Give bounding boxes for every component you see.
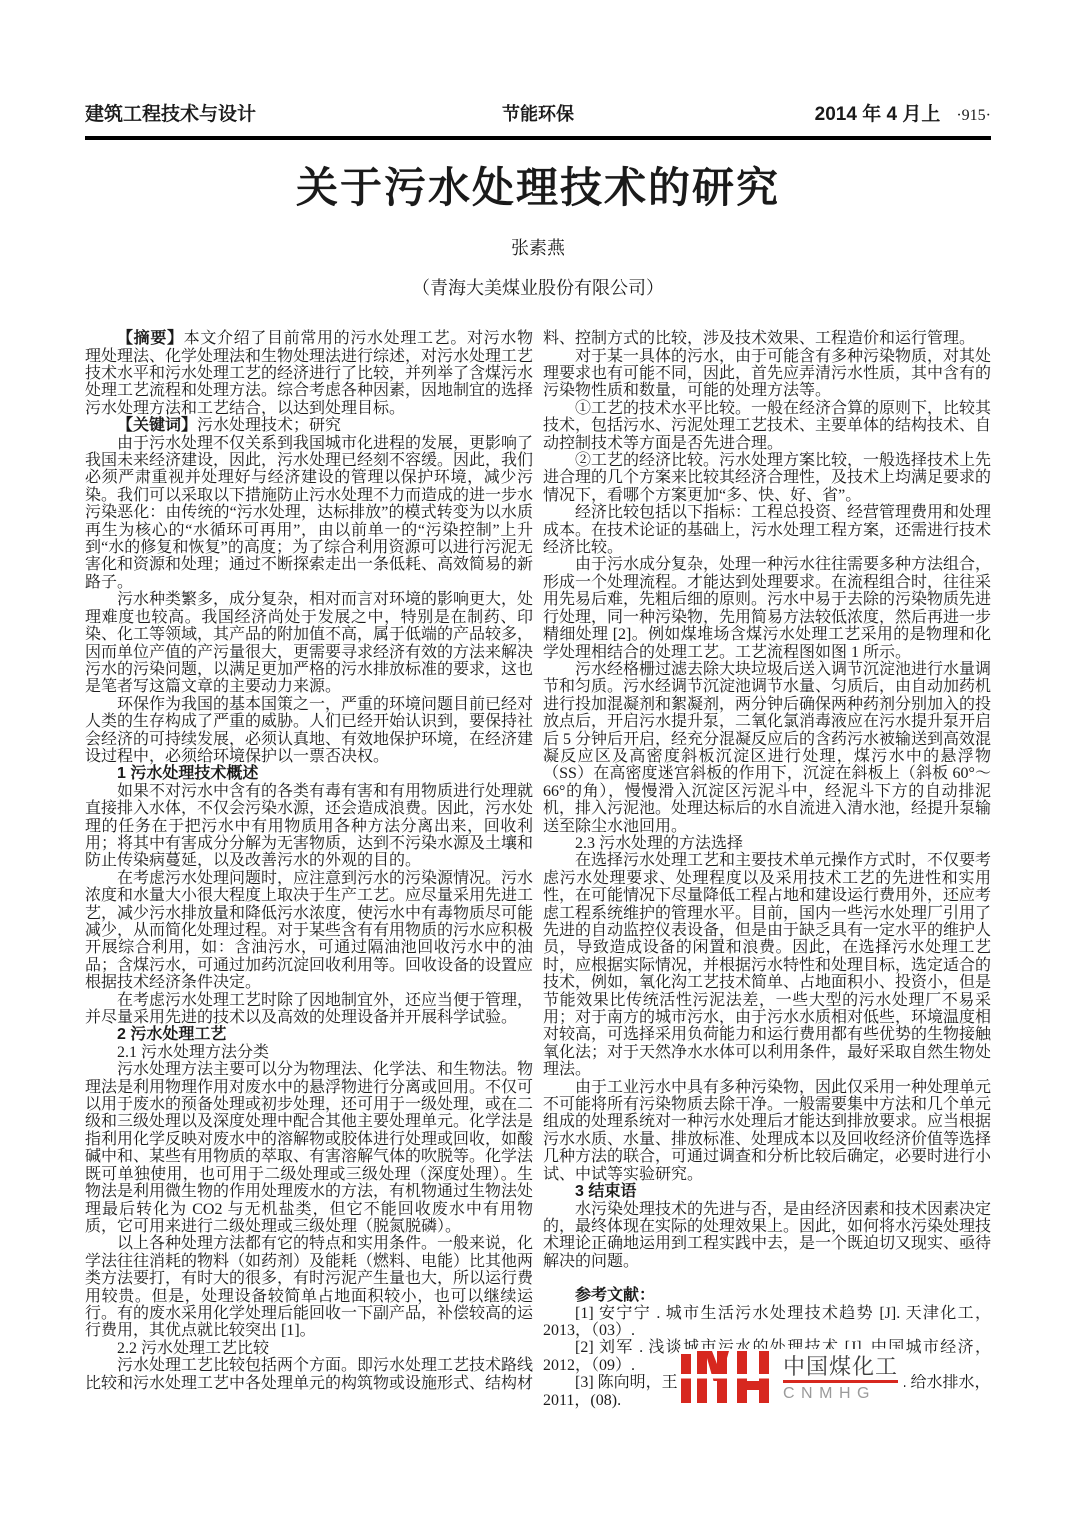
references-heading: 参考文献： (543, 1287, 991, 1304)
article-title: 关于污水处理技术的研究 (85, 166, 991, 212)
section-heading: 3 结束语 (543, 1183, 991, 1200)
paragraph: 对于某一具体的污水，由于可能含有多种污染物质，对其处理要求也有可能不同，因此，首… (543, 348, 991, 400)
right-column: 料、控制方式的比较，涉及技术效果、工程造价和运行管理。对于某一具体的污水，由于可… (543, 330, 991, 1409)
author-affiliation: （青海大美煤业股份有限公司） (85, 274, 991, 300)
paragraph: 污水经格栅过滤去除大块垃圾后送入调节沉淀池进行水量调节和匀质。污水经调节沉淀池调… (543, 661, 991, 835)
page-content: 建筑工程技术与设计 节能环保 2014 年 4 月上 ·915· 关于污水处理技… (85, 0, 991, 1409)
paragraph: 环保作为我国的基本国策之一，严重的环境问题目前已经对人类的生存构成了严重的威胁。… (85, 696, 533, 766)
journal-page: 建筑工程技术与设计 节能环保 2014 年 4 月上 ·915· 关于污水处理技… (0, 0, 1072, 1516)
article-author: 张素燕 (85, 234, 991, 260)
paragraph: 由于工业污水中具有多种污染物，因此仅采用一种处理单元不可能将所有污染物质去除干净… (543, 1079, 991, 1183)
paragraph: 污水处理工艺比较包括两个方面。即污水处理工艺技术路线比较和污水处理工艺中各处理单… (85, 1357, 533, 1392)
reference-text: [3] 陈向明，王 (575, 1374, 678, 1391)
keywords: 【关键词】污水处理技术；研究 (85, 417, 533, 434)
right-paragraphs: 料、控制方式的比较，涉及技术效果、工程造价和运行管理。对于某一具体的污水，由于可… (543, 330, 991, 1270)
watermark-text-block: 中国煤化工 CNMHG (783, 1355, 898, 1403)
references-list: [1] 安宁宁 . 城市生活污水处理技术趋势 [J]. 天津化工，2013，（0… (543, 1305, 991, 1409)
journal-title: 建筑工程技术与设计 (85, 99, 387, 126)
reference-item: [1] 安宁宁 . 城市生活污水处理技术趋势 [J]. 天津化工，2013，（0… (543, 1305, 991, 1340)
issue-date: 2014 年 4 月上 (815, 104, 941, 125)
issue-block: 2014 年 4 月上 ·915· (689, 99, 991, 126)
paragraph: 由于污水处理不仅关系到我国城市化进程的发展，更影响了我国未来经济建设，因此，污水… (85, 435, 533, 592)
paragraph: 污水种类繁多，成分复杂，相对而言对环境的影响更大，处理难度也较高。我国经济尚处于… (85, 591, 533, 695)
paragraph: ①工艺的技术水平比较。一般在经济合算的原则下，比较其技术，包括污水、污泥处理工艺… (543, 400, 991, 452)
section-heading: 1 污水处理技术概述 (85, 765, 533, 782)
publisher-watermark: 中国煤化工 CNMHG (679, 1349, 904, 1411)
two-column-body: 【摘要】本文介绍了目前常用的污水处理工艺。对污水物理处理法、化学处理法和生物处理… (85, 330, 991, 1409)
watermark-name-en: CNMHG (783, 1385, 898, 1403)
subsection-heading: 2.2 污水处理工艺比较 (85, 1340, 533, 1357)
section-heading: 2 污水处理工艺 (85, 1026, 533, 1043)
paragraph: 经济比较包括以下指标：工程总投资、经营管理费用和处理成本。在技术论证的基础上，污… (543, 504, 991, 556)
keywords-label: 【关键词】 (117, 417, 197, 434)
references-section: 参考文献： [1] 安宁宁 . 城市生活污水处理技术趋势 [J]. 天津化工，2… (543, 1287, 991, 1409)
paragraph: 在选择污水处理工艺和主要技术单元操作方式时，不仅要考虑污水处理要求、处理程度以及… (543, 852, 991, 1078)
paragraph: 水污染处理技术的先进与否，是由经济因素和技术因素决定的，最终体现在实际的处理效果… (543, 1201, 991, 1271)
section-label: 节能环保 (387, 100, 689, 126)
subsection-heading: 2.1 污水处理方法分类 (85, 1044, 533, 1061)
left-column: 【摘要】本文介绍了目前常用的污水处理工艺。对污水物理处理法、化学处理法和生物处理… (85, 330, 533, 1409)
watermark-name-cn: 中国煤化工 (783, 1355, 898, 1378)
subsection-heading: 2.3 污水处理的方法选择 (543, 835, 991, 852)
coal-chem-monogram-icon (681, 1351, 771, 1407)
abstract-label: 【摘要】 (117, 330, 184, 347)
watermark-rule (783, 1380, 898, 1383)
paragraph: ②工艺的经济比较。污水处理方案比较，一般选择技术上先进合理的几个方案来比较其经济… (543, 452, 991, 504)
paragraph: 如果不对污水中含有的各类有毒有害和有用物质进行处理就直接排入水体，不仅会污染水源… (85, 783, 533, 870)
paragraph: 料、控制方式的比较，涉及技术效果、工程造价和运行管理。 (543, 330, 991, 347)
abstract: 【摘要】本文介绍了目前常用的污水处理工艺。对污水物理处理法、化学处理法和生物处理… (85, 330, 533, 417)
paragraph: 在考虑污水处理问题时，应注意到污水的污染源情况。污水浓度和水量大小很大程度上取决… (85, 870, 533, 992)
paragraph: 以上各种处理方法都有它的特点和实用条件。一般来说，化学法往往消耗的物料（如药剂）… (85, 1235, 533, 1339)
paragraph: 由于污水成分复杂，处理一种污水往往需要多种方法组合，形成一个处理流程。才能达到处… (543, 556, 991, 660)
paragraph: 污水处理方法主要可以分为物理法、化学法、和生物法。物理法是利用物理作用对废水中的… (85, 1061, 533, 1235)
page-number: ·915· (956, 107, 991, 124)
page-header: 建筑工程技术与设计 节能环保 2014 年 4 月上 ·915· (85, 99, 991, 140)
paragraph: 在考虑污水处理工艺时除了因地制宜外，还应当便于管理，并尽量采用先进的技术以及高效… (85, 992, 533, 1027)
